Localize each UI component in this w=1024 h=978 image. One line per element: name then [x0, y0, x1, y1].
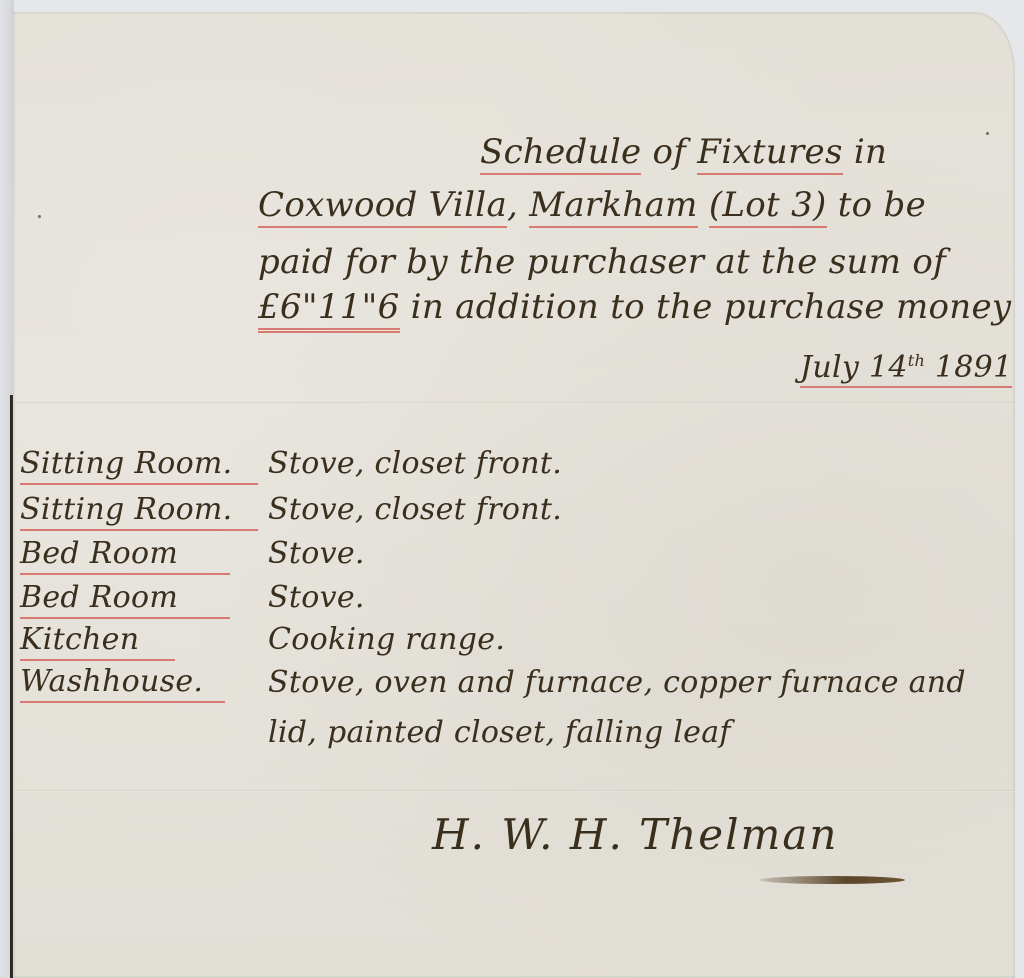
room-name: Sitting Room. — [20, 492, 258, 531]
heading-word-of: of — [641, 132, 697, 172]
comma: , — [507, 185, 529, 225]
fixture-row: Bed Room Stove. — [20, 580, 1020, 620]
date-year: 1891 — [935, 350, 1013, 385]
fixture-items: Stove. — [268, 536, 365, 572]
fixture-items: Stove, closet front. — [268, 446, 562, 482]
fixture-row: Kitchen Cooking range. — [20, 622, 1020, 662]
room-name: Washhouse. — [20, 664, 225, 703]
fixture-items: Stove. — [268, 580, 365, 616]
fixture-items: Stove, oven and furnace, copper furnace … — [268, 658, 1013, 758]
room-name: Bed Room — [20, 536, 230, 575]
fixture-items: Cooking range. — [268, 622, 505, 658]
fixture-amount: £6"11"6 — [258, 287, 400, 333]
room-name: Kitchen — [20, 622, 175, 661]
fixture-row: Sitting Room. Stove, closet front. — [20, 492, 1020, 532]
date-month: July — [800, 350, 859, 385]
heading-word-fixtures: Fixtures — [697, 132, 842, 175]
date-day: 14 — [869, 350, 908, 385]
fixture-row: Bed Room Stove. — [20, 536, 1020, 576]
date-suffix: th — [908, 351, 925, 370]
heading-to-be: to be — [827, 185, 926, 225]
heading-line-1: Schedule of Fixtures in — [480, 130, 887, 174]
ink-spot — [986, 132, 989, 135]
heading-line-4: £6"11"6 in addition to the purchase mone… — [258, 285, 1011, 329]
room-name: Bed Room — [20, 580, 230, 619]
document-date: July 14th 1891 — [800, 350, 1012, 388]
fold-crease — [13, 402, 1015, 404]
heading-word-schedule: Schedule — [480, 132, 641, 175]
heading-line-4-rest: in addition to the purchase money — [400, 287, 1012, 327]
fold-crease — [13, 790, 1015, 792]
lot-number: (Lot 3) — [709, 185, 827, 228]
room-name: Sitting Room. — [20, 446, 258, 485]
fixture-row: Washhouse. Stove, oven and furnace, copp… — [20, 664, 1020, 704]
signature: H. W. H. Thelman — [432, 810, 838, 859]
fixture-row: Sitting Room. Stove, closet front. — [20, 446, 1020, 486]
signature-flourish — [760, 876, 905, 884]
villa-name: Coxwood Villa — [258, 185, 507, 228]
place-name: Markham — [529, 185, 697, 228]
heading-line-2: Coxwood Villa, Markham (Lot 3) to be — [258, 183, 926, 227]
heading-word-in: in — [843, 132, 887, 172]
heading-line-3: paid for by the purchaser at the sum of — [258, 240, 946, 284]
ink-spot — [38, 215, 41, 218]
fixture-items: Stove, closet front. — [268, 492, 562, 528]
